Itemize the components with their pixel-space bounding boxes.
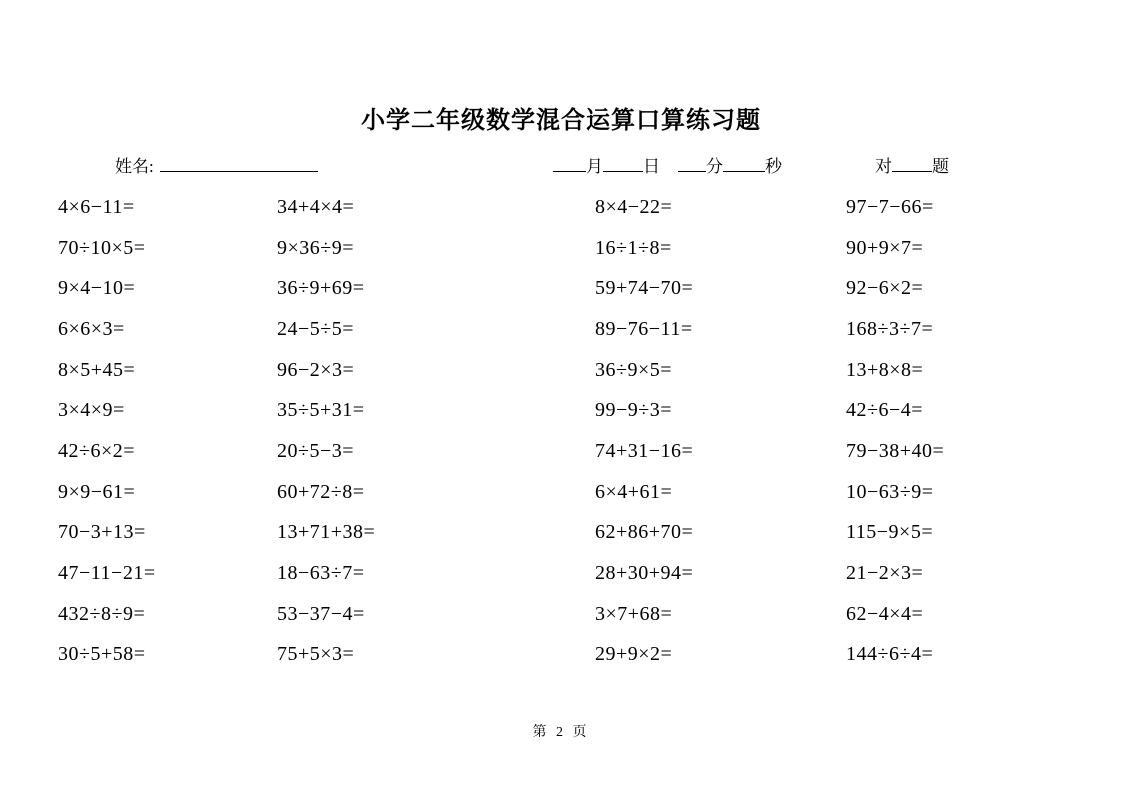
problem-cell: 62+86+70= xyxy=(595,513,846,554)
header-row: 姓名: 月日分秒 对题 xyxy=(0,152,1122,178)
name-group: 姓名: xyxy=(115,152,318,177)
problem-cell: 28+30+94= xyxy=(595,553,846,594)
problem-cell: 36÷9×5= xyxy=(595,350,846,391)
problem-cell: 20÷5−3= xyxy=(277,431,595,472)
problem-cell: 144÷6÷4= xyxy=(846,635,1122,676)
problem-cell: 3×7+68= xyxy=(595,594,846,635)
problem-cell: 4×6−11= xyxy=(58,187,277,228)
problem-cell: 34+4×4= xyxy=(277,187,595,228)
problem-cell: 36÷9+69= xyxy=(277,268,595,309)
problem-cell: 6×4+61= xyxy=(595,472,846,513)
problem-cell: 8×5+45= xyxy=(58,350,277,391)
problem-cell: 92−6×2= xyxy=(846,268,1122,309)
second-blank-line xyxy=(723,155,765,172)
problem-cell: 3×4×9= xyxy=(58,390,277,431)
month-label: 月 xyxy=(586,152,603,177)
problem-cell: 42÷6×2= xyxy=(58,431,277,472)
problem-cell: 29+9×2= xyxy=(595,635,846,676)
page-number: 第 2 页 xyxy=(533,725,590,740)
worksheet-page: 小学二年级数学混合运算口算练习题 姓名: 月日分秒 对题 4×6−11=34+4… xyxy=(0,0,1122,793)
problem-cell: 59+74−70= xyxy=(595,268,846,309)
problems-grid: 4×6−11=34+4×4=8×4−22=97−7−66=70÷10×5=9×3… xyxy=(58,187,1122,675)
problem-cell: 168÷3÷7= xyxy=(846,309,1122,350)
problem-cell: 9×9−61= xyxy=(58,472,277,513)
score-group: 对题 xyxy=(875,152,949,177)
problem-cell: 9×36÷9= xyxy=(277,228,595,269)
problem-cell: 16÷1÷8= xyxy=(595,228,846,269)
day-label: 日 xyxy=(643,152,660,177)
datetime-group: 月日分秒 xyxy=(553,152,782,177)
second-label: 秒 xyxy=(765,152,782,177)
problem-cell: 35÷5+31= xyxy=(277,390,595,431)
problem-cell: 74+31−16= xyxy=(595,431,846,472)
day-blank-line xyxy=(603,155,643,172)
problem-cell: 30÷5+58= xyxy=(58,635,277,676)
minute-blank-line xyxy=(678,155,706,172)
problem-cell: 24−5÷5= xyxy=(277,309,595,350)
problem-cell: 53−37−4= xyxy=(277,594,595,635)
questions-label: 题 xyxy=(932,157,949,176)
problem-cell: 18−63÷7= xyxy=(277,553,595,594)
problem-cell: 42÷6−4= xyxy=(846,390,1122,431)
minute-label: 分 xyxy=(706,152,723,177)
problem-cell: 13+8×8= xyxy=(846,350,1122,391)
problem-cell: 432÷8÷9= xyxy=(58,594,277,635)
problem-cell: 70÷10×5= xyxy=(58,228,277,269)
problem-cell: 96−2×3= xyxy=(277,350,595,391)
problem-cell: 47−11−21= xyxy=(58,553,277,594)
problem-cell: 60+72÷8= xyxy=(277,472,595,513)
page-title: 小学二年级数学混合运算口算练习题 xyxy=(0,100,1122,135)
problem-cell: 89−76−11= xyxy=(595,309,846,350)
problem-cell: 10−63÷9= xyxy=(846,472,1122,513)
name-label: 姓名: xyxy=(115,157,154,176)
problem-cell: 21−2×3= xyxy=(846,553,1122,594)
problem-cell: 75+5×3= xyxy=(277,635,595,676)
score-blank-line xyxy=(892,155,932,172)
correct-label: 对 xyxy=(875,157,892,176)
problem-cell: 115−9×5= xyxy=(846,513,1122,554)
month-blank-line xyxy=(553,155,586,172)
problem-cell: 79−38+40= xyxy=(846,431,1122,472)
problem-cell: 70−3+13= xyxy=(58,513,277,554)
page-footer: 第 2 页 xyxy=(0,721,1122,741)
problem-cell: 13+71+38= xyxy=(277,513,595,554)
problem-cell: 8×4−22= xyxy=(595,187,846,228)
problem-cell: 97−7−66= xyxy=(846,187,1122,228)
problem-cell: 6×6×3= xyxy=(58,309,277,350)
problem-cell: 99−9÷3= xyxy=(595,390,846,431)
name-blank-line xyxy=(160,155,318,172)
problem-cell: 9×4−10= xyxy=(58,268,277,309)
problem-cell: 90+9×7= xyxy=(846,228,1122,269)
problem-cell: 62−4×4= xyxy=(846,594,1122,635)
